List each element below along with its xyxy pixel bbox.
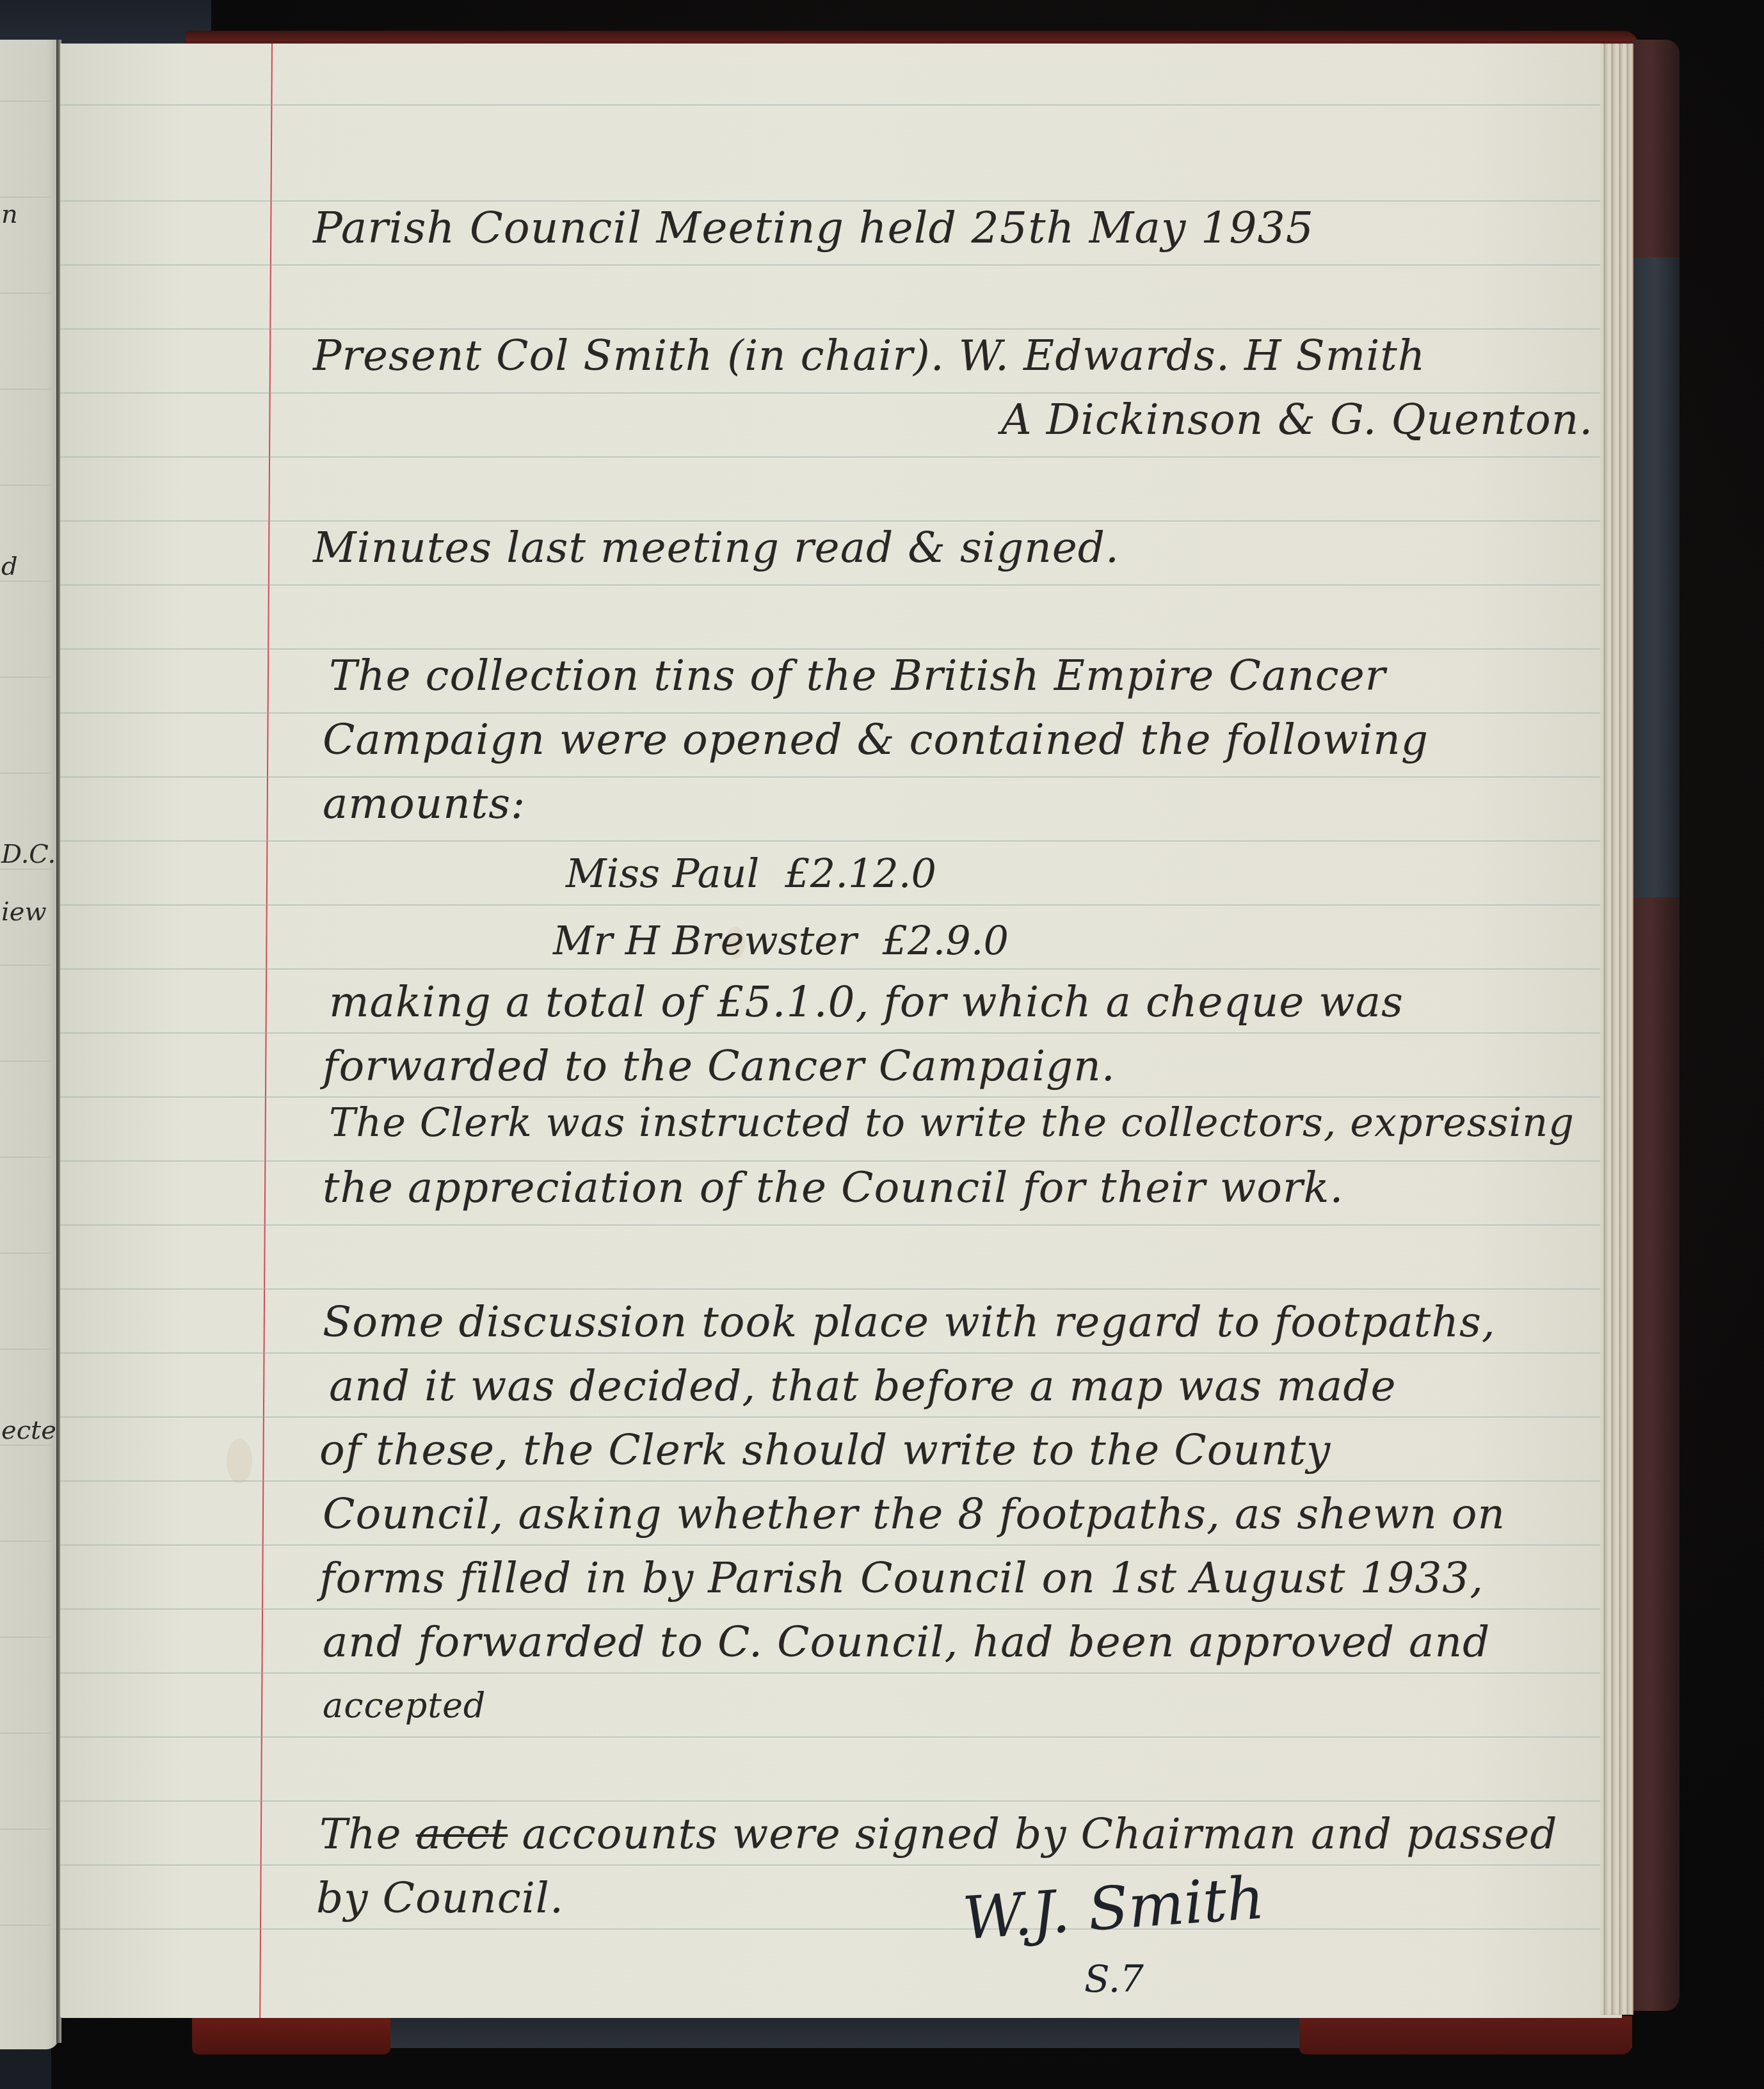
rule-line xyxy=(60,1672,1622,1674)
rule-line xyxy=(60,1160,1622,1162)
rule-line xyxy=(0,1925,59,1926)
rule-line xyxy=(60,1288,1622,1290)
folio-number: S.7 xyxy=(1084,1957,1144,2001)
footpaths-line-4: Council, asking whether the 8 footpaths,… xyxy=(323,1493,1505,1535)
rule-line xyxy=(60,1544,1622,1546)
book-binding-bottom xyxy=(192,2016,1632,2048)
rule-line xyxy=(60,712,1622,714)
paper-stain xyxy=(227,1439,252,1484)
rule-line xyxy=(0,196,59,198)
meeting-title: Parish Council Meeting held 25th May 193… xyxy=(313,207,1314,250)
chairman-signature: W.J. Smith xyxy=(961,1864,1267,1953)
rule-line xyxy=(60,104,1622,106)
collection-after-line-1: making a total of £5.1.0, for which a ch… xyxy=(329,981,1404,1023)
collection-after-line-2: forwarded to the Cancer Campaign. xyxy=(323,1045,1116,1087)
accounts-rest: accounts were signed by Chairman and pas… xyxy=(522,1809,1557,1859)
rule-line xyxy=(0,1829,59,1830)
collector-amount: £2.9.0 xyxy=(883,917,1009,964)
rule-line xyxy=(60,200,1622,202)
minute-book-page: Parish Council Meeting held 25th May 193… xyxy=(60,44,1622,2018)
collection-after-line-4: the appreciation of the Council for thei… xyxy=(323,1167,1344,1209)
facing-page: n d D.C. iew ected xyxy=(0,40,59,2049)
collection-line-3: amounts: xyxy=(323,783,525,825)
binding-corner-right xyxy=(1299,2016,1632,2054)
book-cover-top-left xyxy=(0,0,211,44)
amount-row: Miss Paul£2.12.0 xyxy=(566,850,936,897)
rule-line xyxy=(60,1032,1622,1034)
facing-text-fragment: D.C. xyxy=(1,840,56,869)
rule-line xyxy=(60,1800,1622,1802)
footpaths-line-7: accepted xyxy=(323,1688,486,1723)
rule-line xyxy=(0,100,59,102)
rule-line xyxy=(0,1253,59,1254)
collector-name: Mr H Brewster xyxy=(553,917,857,964)
book-binding-leather xyxy=(1631,257,1680,897)
accounts-prefix: The xyxy=(319,1809,402,1859)
accounts-line-2: by Council. xyxy=(316,1877,564,1919)
rule-line xyxy=(0,1637,59,1638)
rule-line xyxy=(60,904,1622,906)
footpaths-line-3: of these, the Clerk should write to the … xyxy=(319,1429,1331,1471)
collection-line-2: Campaign were opened & contained the fol… xyxy=(323,719,1429,761)
rule-line xyxy=(60,1224,1622,1226)
footpaths-line-6: and forwarded to C. Council, had been ap… xyxy=(323,1621,1490,1663)
page-stack-edges xyxy=(1600,44,1633,2015)
footpaths-line-5: forms filled in by Parish Council on 1st… xyxy=(319,1557,1484,1599)
rule-line xyxy=(60,264,1622,266)
minutes-read-line: Minutes last meeting read & signed. xyxy=(313,527,1119,569)
rule-line xyxy=(60,520,1622,522)
book-binding-right xyxy=(1631,40,1680,2011)
facing-text-fragment: d xyxy=(1,552,18,581)
binding-corner-left xyxy=(192,2016,390,2054)
rule-line xyxy=(0,484,59,486)
footpaths-line-2: and it was decided, that before a map wa… xyxy=(329,1365,1397,1407)
rule-line xyxy=(60,1096,1622,1098)
rule-line xyxy=(0,388,59,390)
rule-line xyxy=(0,1349,59,1350)
rule-line xyxy=(60,1864,1622,1866)
rule-line xyxy=(0,1541,59,1542)
rule-line xyxy=(60,584,1622,586)
collector-amount: £2.12.0 xyxy=(785,850,936,897)
scanned-book-scene: n d D.C. iew ected xyxy=(0,0,1764,2089)
amount-row: Mr H Brewster£2.9.0 xyxy=(553,917,1009,964)
facing-text-fragment: iew xyxy=(1,897,47,927)
rule-line xyxy=(60,840,1622,842)
facing-text-fragment: ected xyxy=(1,1416,59,1445)
rule-line xyxy=(60,1736,1622,1738)
rule-line xyxy=(60,392,1622,394)
present-line-1: Present Col Smith (in chair). W. Edwards… xyxy=(313,335,1425,377)
rule-line xyxy=(0,292,59,294)
rule-line xyxy=(60,328,1622,330)
struck-out-word: acct xyxy=(416,1809,508,1859)
red-margin-line xyxy=(259,44,273,2018)
rule-line xyxy=(0,772,59,774)
rule-line xyxy=(60,648,1622,650)
rule-line xyxy=(0,1157,59,1158)
rule-line xyxy=(0,964,59,966)
accounts-line-1: The acct accounts were signed by Chairma… xyxy=(319,1813,1558,1855)
footpaths-line-1: Some discussion took place with regard t… xyxy=(323,1301,1496,1343)
rule-line xyxy=(60,456,1622,458)
rule-line xyxy=(60,1608,1622,1610)
rule-line xyxy=(0,1061,59,1062)
present-line-2: A Dickinson & G. Quenton. xyxy=(1001,399,1593,441)
rule-line xyxy=(60,1416,1622,1418)
rule-line xyxy=(60,776,1622,778)
rule-line xyxy=(0,1733,59,1734)
rule-line xyxy=(60,1352,1622,1354)
collection-after-line-3: The Clerk was instructed to write the co… xyxy=(329,1103,1575,1142)
rule-line xyxy=(0,676,59,678)
rule-line xyxy=(60,1928,1622,1930)
collection-line-1: The collection tins of the British Empir… xyxy=(329,655,1386,697)
collector-name: Miss Paul xyxy=(566,850,759,897)
rule-line xyxy=(60,968,1622,970)
rule-line xyxy=(60,1480,1622,1482)
facing-text-fragment: n xyxy=(1,200,18,229)
